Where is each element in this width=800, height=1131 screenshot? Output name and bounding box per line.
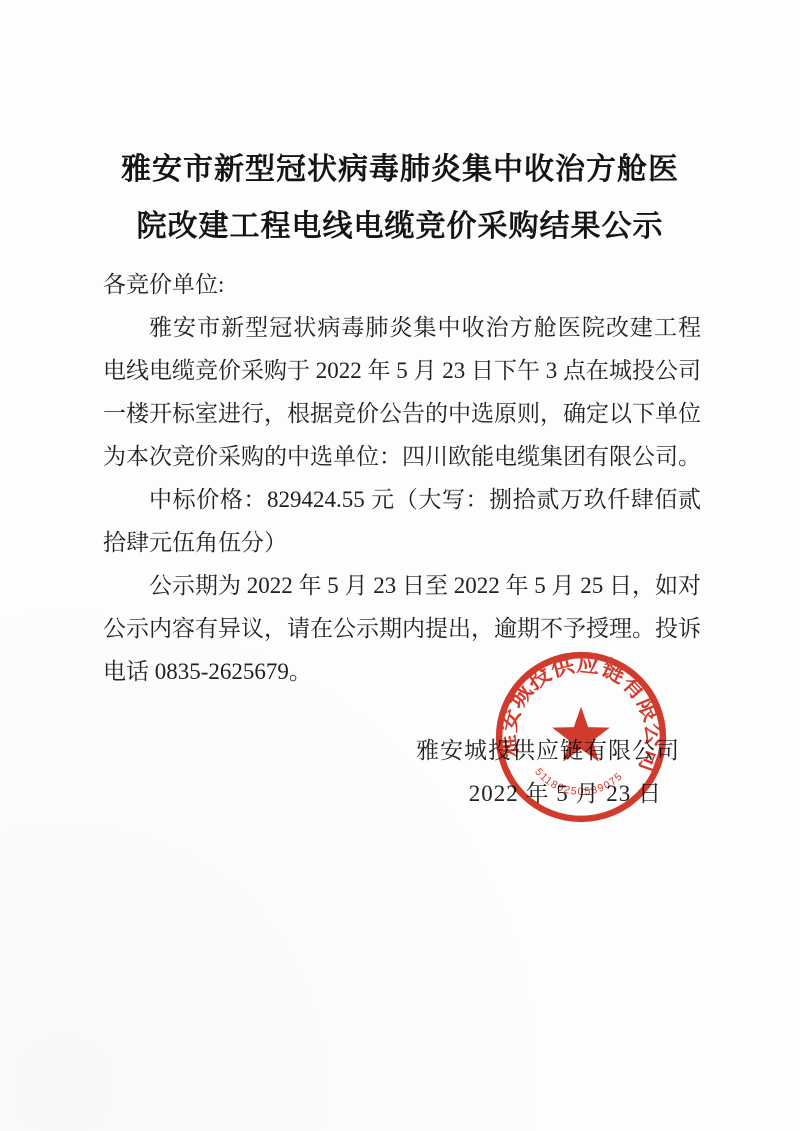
body-line: 拾肆元伍角伍分） bbox=[103, 521, 701, 564]
body-paragraphs: 各竞价单位: 雅安市新型冠状病毒肺炎集中收治方舱医院改建工程 电线电缆竞价采购于… bbox=[103, 263, 701, 693]
body-line: 雅安市新型冠状病毒肺炎集中收治方舱医院改建工程 bbox=[103, 306, 701, 349]
body-line: 公示期为 2022 年 5 月 23 日至 2022 年 5 月 25 日，如对 bbox=[103, 564, 701, 607]
body-line: 为本次竞价采购的中选单位：四川欧能电缆集团有限公司。 bbox=[103, 435, 701, 478]
body-line: 电线电缆竞价采购于 2022 年 5 月 23 日下午 3 点在城投公司 bbox=[103, 349, 701, 392]
page-title: 雅安市新型冠状病毒肺炎集中收治方舱医 院改建工程电线电缆竞价采购结果公示 bbox=[0, 141, 800, 255]
body-line: 各竞价单位: bbox=[103, 263, 701, 306]
body-line: 中标价格：829424.55 元（大写：捌拾贰万玖仟肆佰贰 bbox=[103, 478, 701, 521]
star-icon bbox=[552, 707, 610, 762]
seal-serial: 51180250589075 bbox=[531, 766, 626, 801]
body-line: 公示内容有异议，请在公示期内提出，逾期不予授理。投诉 bbox=[103, 607, 701, 650]
body-line: 一楼开标室进行，根据竞价公告的中选原则，确定以下单位 bbox=[103, 392, 701, 435]
company-seal: 雅安城投供应链有限公司 51180250589075 bbox=[489, 645, 673, 829]
document-page: 雅安市新型冠状病毒肺炎集中收治方舱医 院改建工程电线电缆竞价采购结果公示 各竞价… bbox=[0, 0, 800, 1131]
page-title-line-1: 雅安市新型冠状病毒肺炎集中收治方舱医 bbox=[0, 141, 800, 198]
page-title-line-2: 院改建工程电线电缆竞价采购结果公示 bbox=[0, 198, 800, 255]
